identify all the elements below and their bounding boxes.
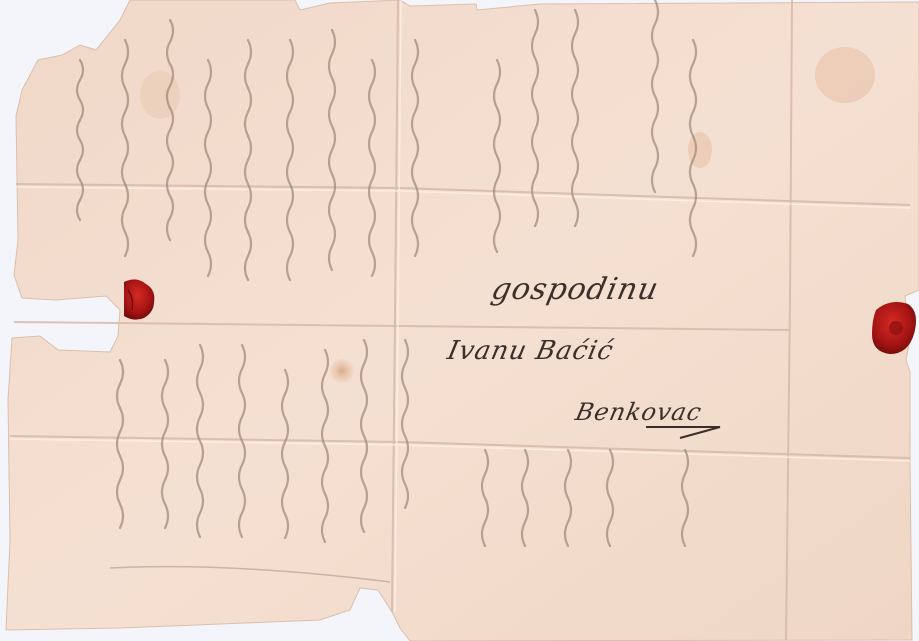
right-wax-seal-icon — [872, 302, 916, 354]
letter-photo — [0, 0, 919, 641]
address-line-recipient: Ivanu Baćić — [445, 336, 617, 366]
address-line-town: Benkovac — [573, 398, 705, 426]
address-line-salutation: gospodinu — [488, 272, 662, 307]
stain — [330, 359, 354, 383]
